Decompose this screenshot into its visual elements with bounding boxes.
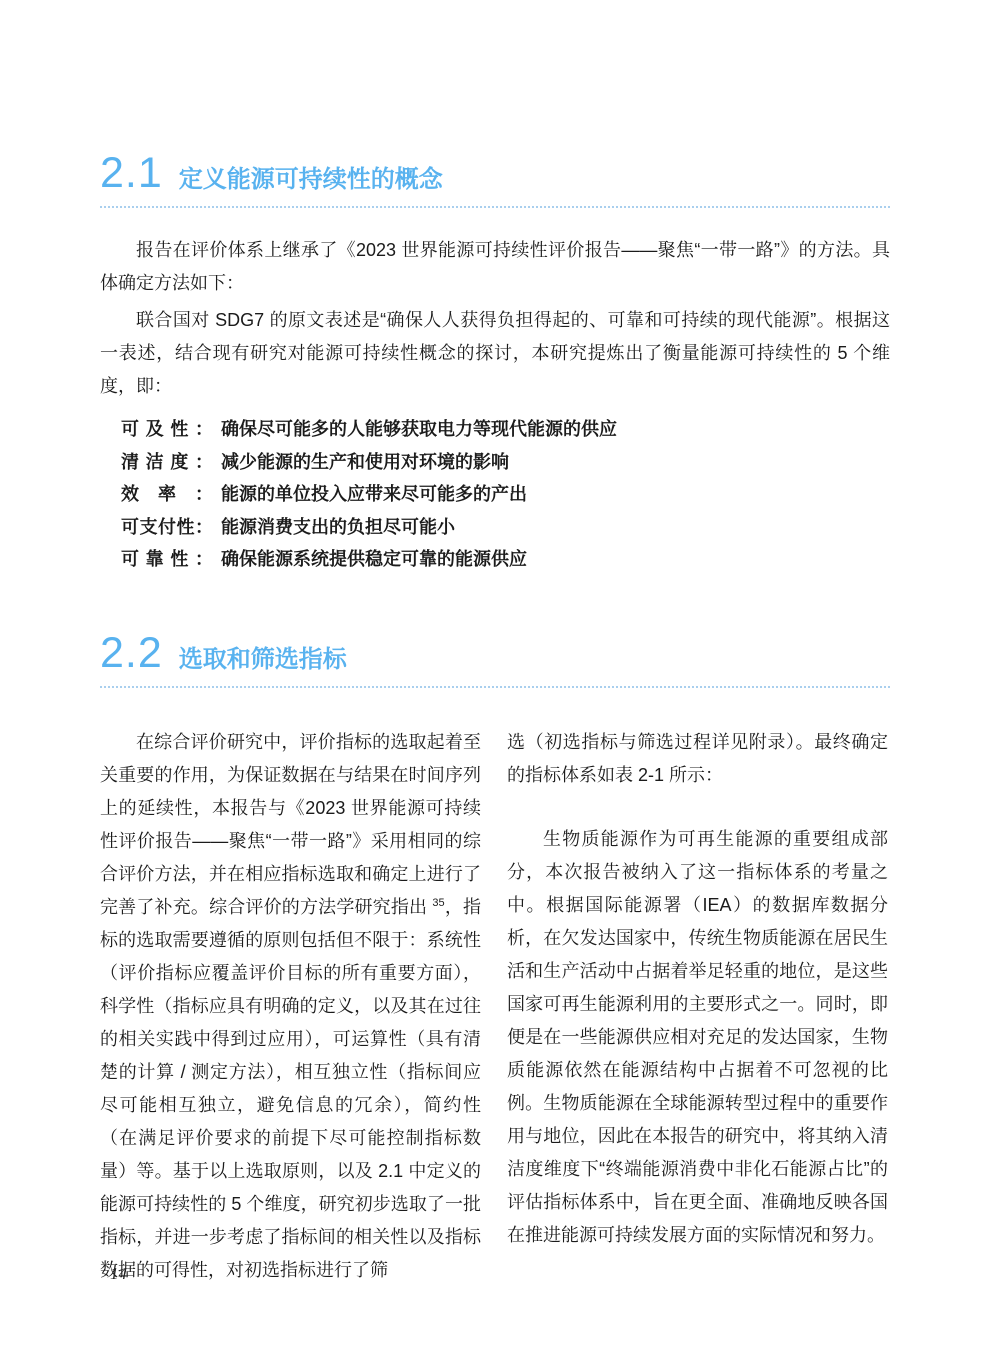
dimension-term: 可靠性： xyxy=(121,543,213,576)
section-2-2-number: 2.2 xyxy=(100,632,163,675)
list-item: 可靠性：确保能源系统提供稳定可靠的能源供应 xyxy=(121,543,890,576)
dimension-definition-list: 可及性：确保尽可能多的人能够获取电力等现代能源的供应 清洁度：减少能源的生产和使… xyxy=(121,413,890,576)
section-2-1-heading: 2.1 定义能源可持续性的概念 xyxy=(100,152,890,195)
footnote-reference: 35 xyxy=(432,897,444,909)
left-column: 在综合评价研究中，评价指标的选取起着至关重要的作用，为保证数据在与结果在时间序列… xyxy=(100,726,481,1287)
paragraph: 报告在评价体系上继承了《2023 世界能源可持续性评价报告——聚焦“一带一路”》… xyxy=(100,234,890,300)
section-2-1-number: 2.1 xyxy=(100,152,163,195)
paragraph: 选（初选指标与筛选过程详见附录）。最终确定的指标体系如表 2-1 所示： xyxy=(507,726,888,792)
section-2-1-body: 报告在评价体系上继承了《2023 世界能源可持续性评价报告——聚焦“一带一路”》… xyxy=(100,234,890,403)
dimension-term: 清洁度： xyxy=(121,446,213,479)
section-2-2-title: 选取和筛选指标 xyxy=(179,639,347,674)
two-column-layout: 在综合评价研究中，评价指标的选取起着至关重要的作用，为保证数据在与结果在时间序列… xyxy=(100,726,890,1287)
heading-dotted-rule xyxy=(100,686,890,688)
dimension-desc: 减少能源的生产和使用对环境的影响 xyxy=(221,452,509,472)
section-2-2: 2.2 选取和筛选指标 在综合评价研究中，评价指标的选取起着至关重要的作用，为保… xyxy=(100,632,890,1287)
heading-dotted-rule xyxy=(100,206,890,208)
list-item: 效率：能源的单位投入应带来尽可能多的产出 xyxy=(121,478,890,511)
list-item: 清洁度：减少能源的生产和使用对环境的影响 xyxy=(121,446,890,479)
paragraph: 在综合评价研究中，评价指标的选取起着至关重要的作用，为保证数据在与结果在时间序列… xyxy=(100,726,481,1287)
paragraph-text: 在综合评价研究中，评价指标的选取起着至关重要的作用，为保证数据在与结果在时间序列… xyxy=(100,732,481,917)
dimension-desc: 能源消费支出的负担尽可能小 xyxy=(221,517,455,537)
section-2-1-title: 定义能源可持续性的概念 xyxy=(179,159,443,194)
dimension-term: 可支付性： xyxy=(121,511,213,544)
right-column: 选（初选指标与筛选过程详见附录）。最终确定的指标体系如表 2-1 所示： 生物质… xyxy=(507,726,888,1287)
list-item: 可及性：确保尽可能多的人能够获取电力等现代能源的供应 xyxy=(121,413,890,446)
dimension-desc: 确保尽可能多的人能够获取电力等现代能源的供应 xyxy=(221,419,617,439)
list-item: 可支付性：能源消费支出的负担尽可能小 xyxy=(121,511,890,544)
page-number: 14 xyxy=(110,1264,127,1284)
paragraph: 生物质能源作为可再生能源的重要组成部分，本次报告被纳入了这一指标体系的考量之中。… xyxy=(507,823,888,1252)
paragraph-text: ，指标的选取需要遵循的原则包括但不限于：系统性（评价指标应覆盖评价目标的所有重要… xyxy=(100,897,481,1280)
document-page: 2.1 定义能源可持续性的概念 报告在评价体系上继承了《2023 世界能源可持续… xyxy=(0,0,992,1346)
section-2-1: 2.1 定义能源可持续性的概念 报告在评价体系上继承了《2023 世界能源可持续… xyxy=(100,152,890,576)
page-content: 2.1 定义能源可持续性的概念 报告在评价体系上继承了《2023 世界能源可持续… xyxy=(0,0,992,1287)
dimension-term: 效率： xyxy=(121,478,213,511)
dimension-desc: 确保能源系统提供稳定可靠的能源供应 xyxy=(221,549,527,569)
dimension-term: 可及性： xyxy=(121,413,213,446)
dimension-desc: 能源的单位投入应带来尽可能多的产出 xyxy=(221,484,527,504)
section-2-2-heading: 2.2 选取和筛选指标 xyxy=(100,632,890,675)
paragraph: 联合国对 SDG7 的原文表述是“确保人人获得负担得起的、可靠和可持续的现代能源… xyxy=(100,304,890,403)
